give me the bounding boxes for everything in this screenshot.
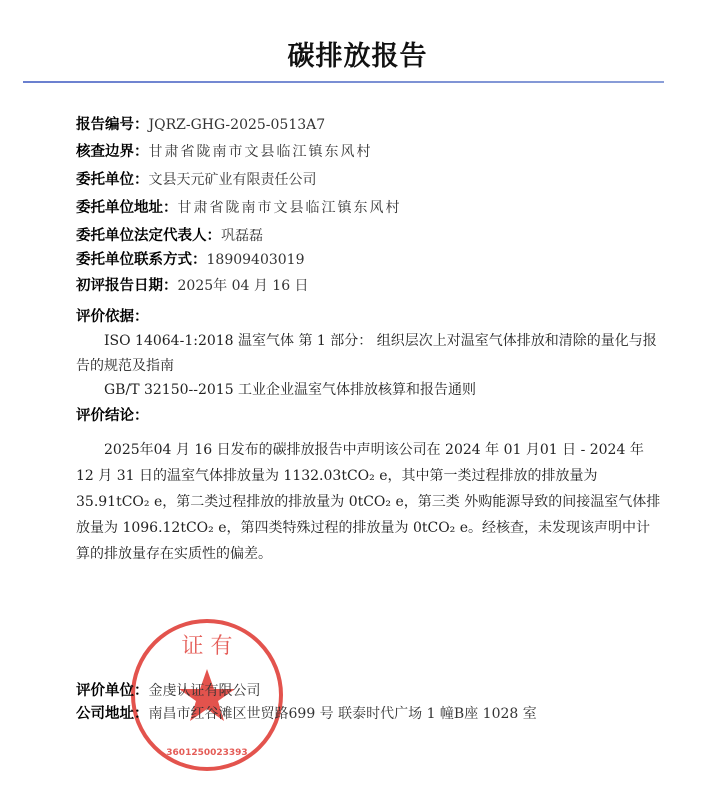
- field-label: 委托单位：: [76, 172, 149, 188]
- svg-text:证 有: 证 有: [182, 634, 233, 659]
- field-client-address: 委托单位地址：甘肃省陇南市文县临江镇东风村: [76, 199, 402, 217]
- field-value: 2025年 04 月 16 日: [178, 278, 309, 294]
- field-legal-rep: 委托单位法定代表人：巩磊磊: [76, 227, 263, 245]
- field-label: 报告编号：: [76, 117, 149, 133]
- field-label: 委托单位地址：: [76, 200, 178, 216]
- field-value: 金虔认证有限公司: [149, 683, 261, 699]
- conclusion-text: 2025年04 月 16 日发布的碳排放报告中声明该公司在 2024 年 01 …: [76, 437, 664, 567]
- field-value: JQRZ-GHG-2025-0513A7: [149, 117, 326, 133]
- field-value: 甘肃省陇南市文县临江镇东风村: [149, 144, 373, 160]
- basis-item-iso: ISO 14064-1:2018 温室气体 第 1 部分： 组织层次上对温室气体…: [76, 329, 664, 379]
- section-heading: 评价依据：: [76, 309, 149, 325]
- field-value: 南昌市红谷滩区世贸路699 号 联泰时代广场 1 幢B座 1028 室: [149, 706, 537, 722]
- basis-heading: 评价依据：: [76, 308, 149, 326]
- section-heading: 评价结论：: [76, 408, 149, 424]
- field-label: 委托单位联系方式：: [76, 252, 207, 268]
- field-value: 18909403019: [207, 252, 305, 268]
- field-label: 委托单位法定代表人：: [76, 228, 221, 244]
- field-report-date: 初评报告日期：2025年 04 月 16 日: [76, 277, 309, 295]
- field-value: 巩磊磊: [221, 228, 263, 244]
- field-value: 甘肃省陇南市文县临江镇东风村: [178, 200, 402, 216]
- basis-item-gbt: GB/T 32150--2015 工业企业温室气体排放核算和报告通则: [76, 378, 664, 403]
- field-label: 评价单位：: [76, 683, 149, 699]
- field-label: 初评报告日期：: [76, 278, 178, 294]
- field-value: 文县天元矿业有限责任公司: [149, 172, 317, 188]
- field-label: 核查边界：: [76, 144, 149, 160]
- page-title: 碳排放报告: [0, 34, 715, 73]
- evaluator: 评价单位：金虔认证有限公司: [76, 682, 261, 700]
- conclusion-heading: 评价结论：: [76, 407, 149, 425]
- field-contact: 委托单位联系方式：18909403019: [76, 251, 304, 269]
- company-address: 公司地址：南昌市红谷滩区世贸路699 号 联泰时代广场 1 幢B座 1028 室: [76, 705, 537, 723]
- field-report-number: 报告编号：JQRZ-GHG-2025-0513A7: [76, 116, 325, 134]
- field-label: 公司地址：: [76, 706, 149, 722]
- field-boundary: 核查边界：甘肃省陇南市文县临江镇东风村: [76, 143, 373, 161]
- title-divider: [23, 81, 664, 83]
- svg-text:3601250023393: 3601250023393: [166, 748, 247, 758]
- field-client: 委托单位：文县天元矿业有限责任公司: [76, 171, 317, 189]
